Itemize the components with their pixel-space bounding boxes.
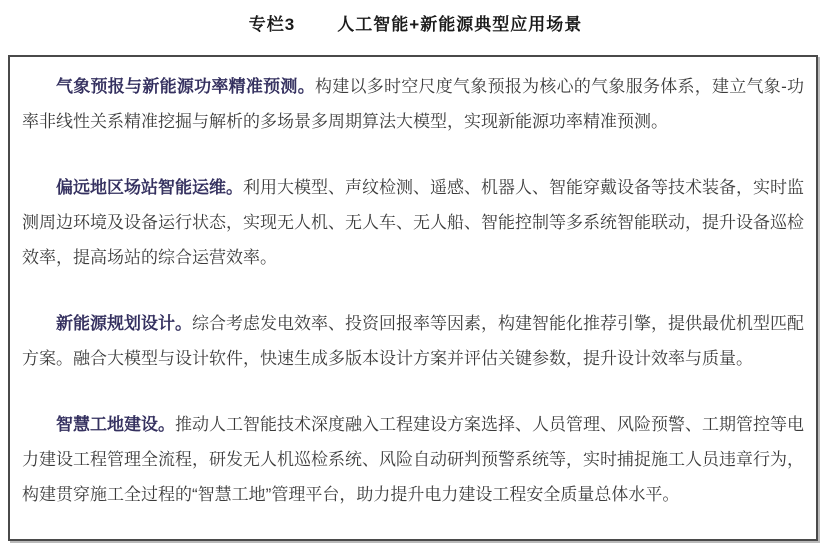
paragraph-lead: 新能源规划设计。 [56, 314, 192, 333]
paragraph-smart-site: 智慧工地建设。推动人工智能技术深度融入工程建设方案选择、人员管理、风险预警、工期… [22, 407, 804, 512]
paragraph-lead: 智慧工地建设。 [56, 415, 175, 434]
paragraph-remote-ops: 偏远地区场站智能运维。利用大模型、声纹检测、遥感、机器人、智能穿戴设备等技术装备… [22, 170, 804, 275]
page-title: 专栏3人工智能+新能源典型应用场景 [0, 0, 831, 44]
paragraph-weather-forecast: 气象预报与新能源功率精准预测。构建以多时空尺度气象预报为核心的气象服务体系，建立… [22, 69, 804, 139]
paragraph-planning-design: 新能源规划设计。综合考虑发电效率、投资回报率等因素，构建智能化推荐引擎，提供最优… [22, 306, 804, 376]
column-label: 专栏3 [249, 10, 295, 35]
paragraph-lead: 偏远地区场站智能运维。 [56, 178, 243, 197]
paragraph-lead: 气象预报与新能源功率精准预测。 [56, 77, 315, 96]
column-box: 气象预报与新能源功率精准预测。构建以多时空尺度气象预报为核心的气象服务体系，建立… [8, 55, 818, 541]
document-page: 专栏3人工智能+新能源典型应用场景 气象预报与新能源功率精准预测。构建以多时空尺… [0, 0, 831, 551]
column-title: 人工智能+新能源典型应用场景 [337, 15, 582, 34]
